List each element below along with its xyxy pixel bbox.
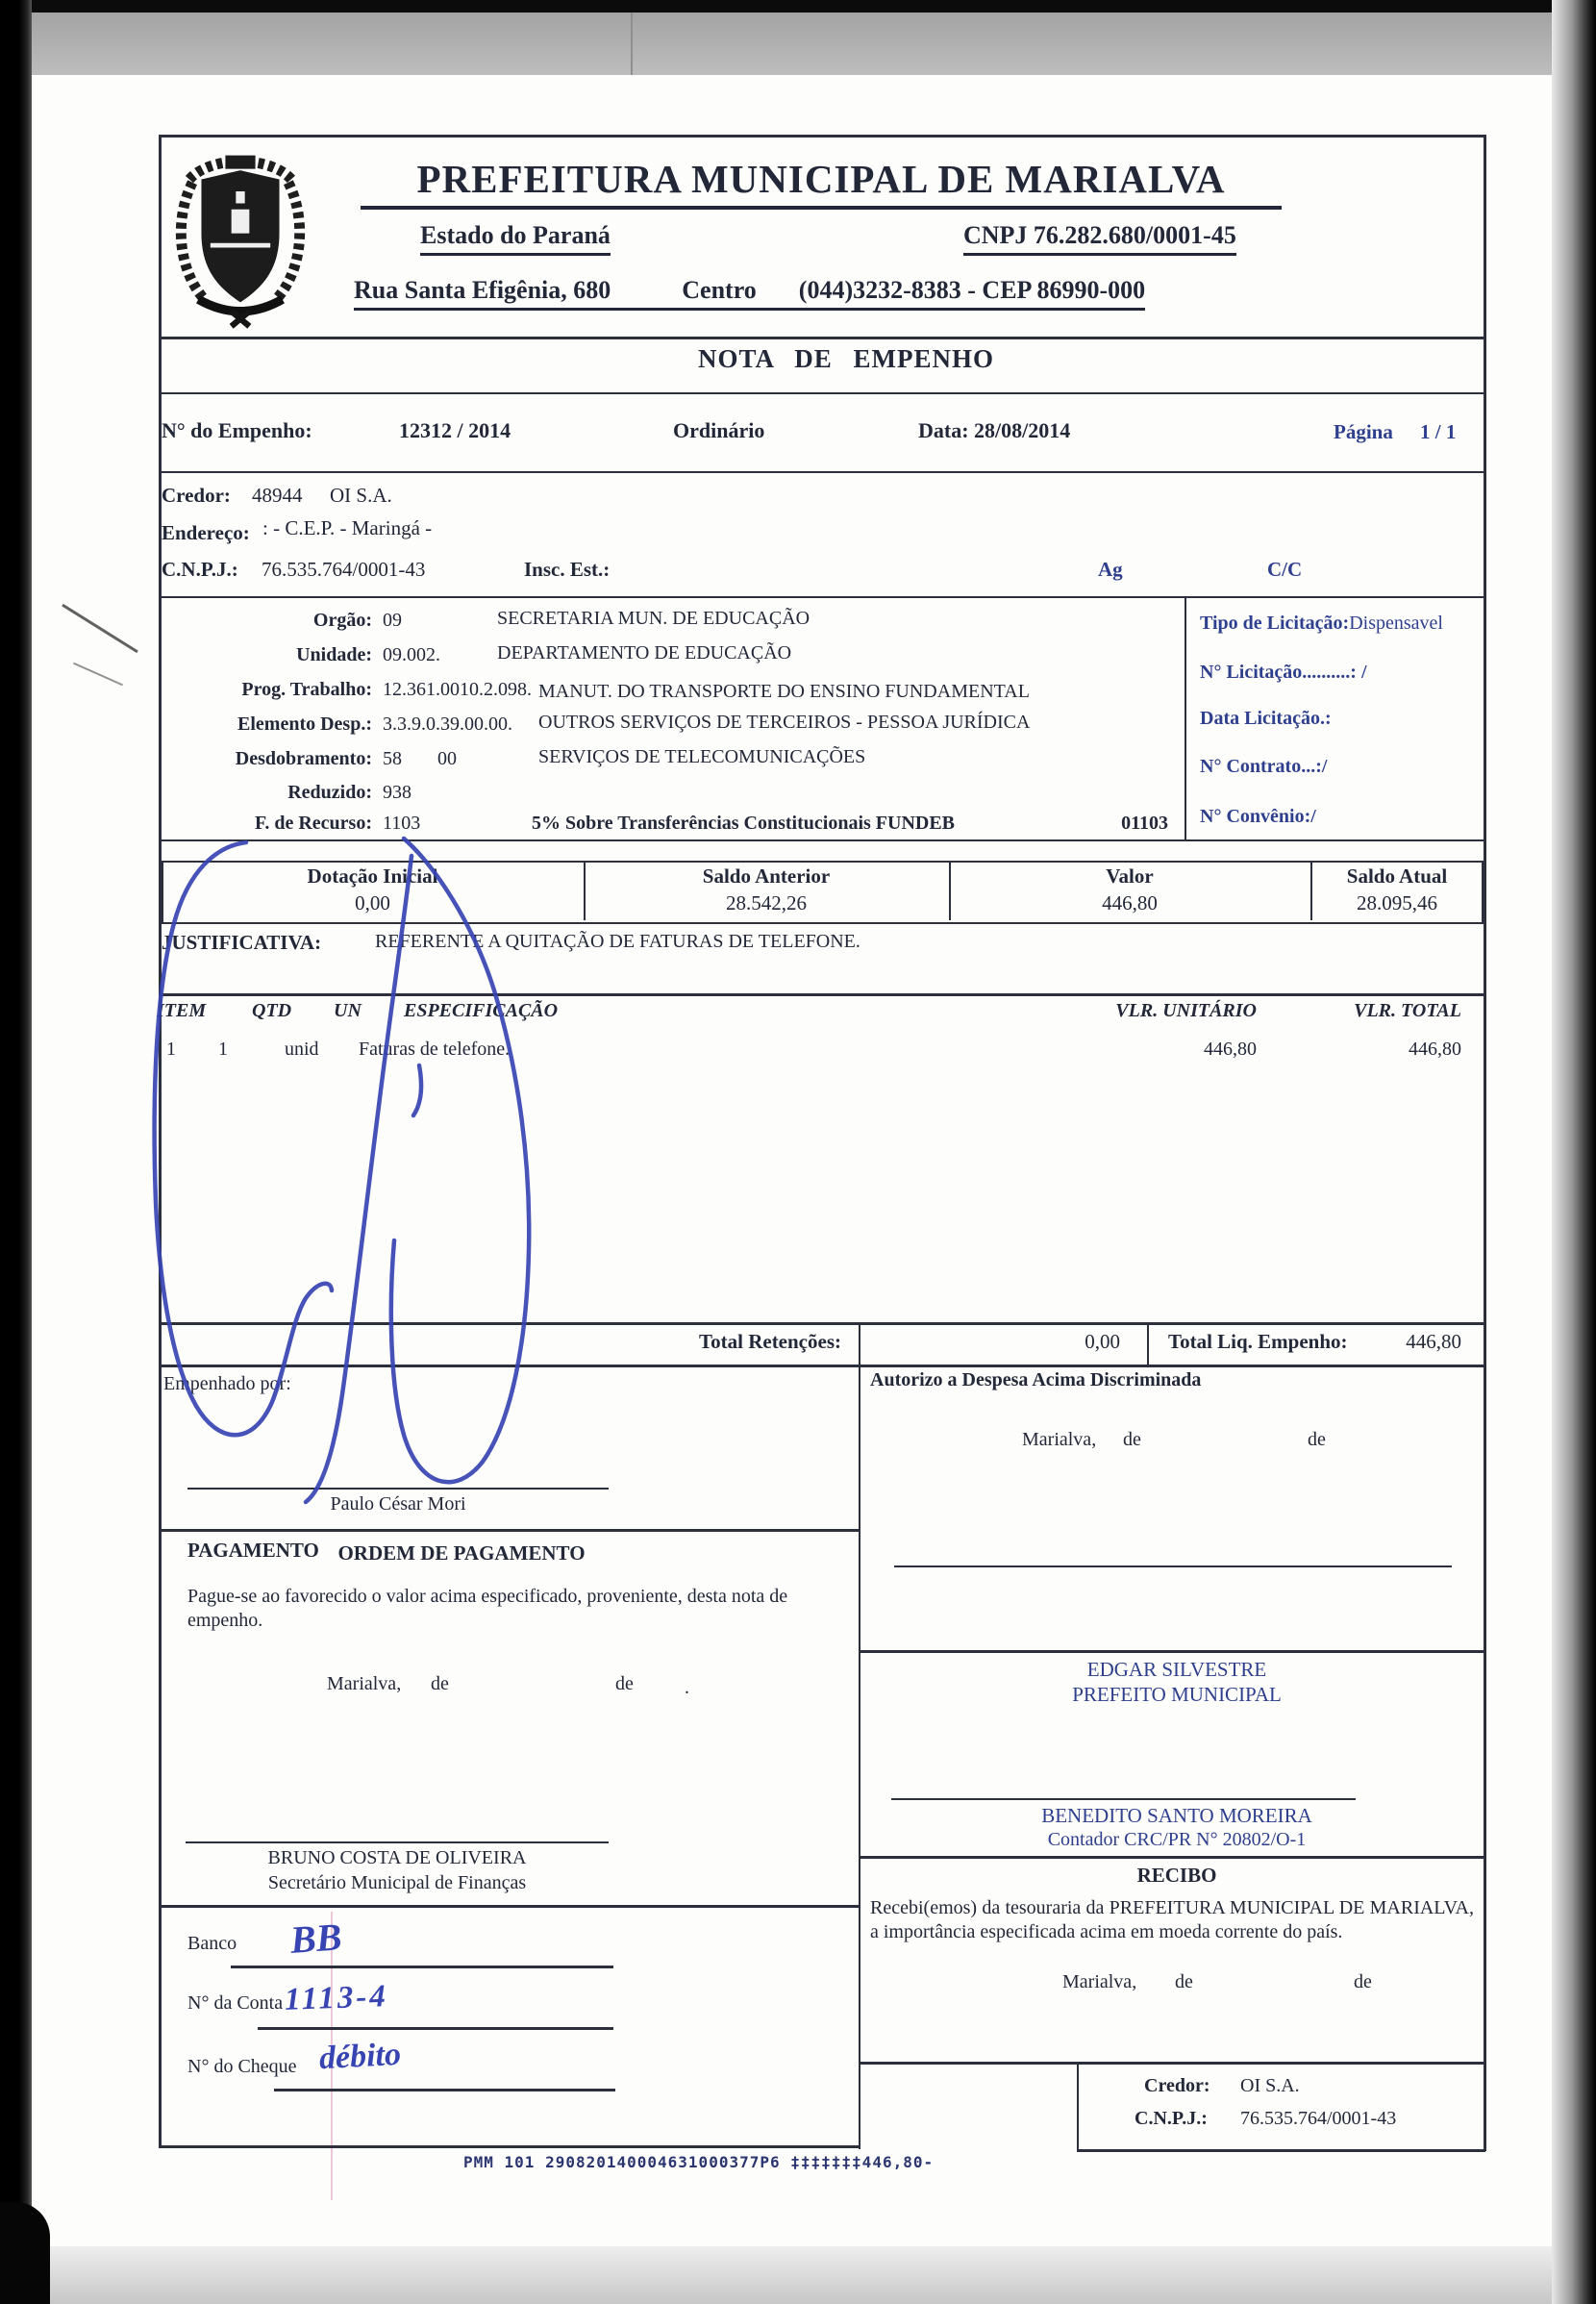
footer-cnpj-value: 76.535.764/0001-43 [1240,2108,1396,2130]
item-cell-total: 446,80 [1346,1039,1461,1061]
divider-totals-bottom [159,1365,1485,1367]
divider-header-bottom [159,337,1485,339]
items-header-total: VLR. TOTAL [1288,1000,1461,1022]
divider-columns [859,1365,860,2149]
scan-edge-top [0,0,1596,13]
pen-stroke-tail [413,1065,421,1115]
signer-name-secretary: BRUNO COSTA DE OLIVEIRA [186,1847,609,1869]
item-cell-spec: Faturas de telefone. [359,1039,510,1061]
budget-row-desc: DEPARTAMENTO DE EDUCAÇÃO [497,642,791,664]
licitacao-tipo: Tipo de Licitação:Dispensavel [1200,613,1443,635]
totals-divider-1 [859,1322,860,1365]
creditor-label: Credor: [162,484,231,507]
bank-label: Banco [187,1933,237,1955]
budget-row-code: 938 [383,782,411,804]
pagamento-period: . [685,1677,689,1699]
items-header-item: ITEM [157,1000,206,1022]
pagamento-text: Pague-se ao favorecido o valor acima esp… [187,1585,827,1633]
creditor-cc-label: C/C [1267,558,1302,581]
cheque-handwritten-value: débito [318,2037,402,2077]
recibo-title: RECIBO [870,1864,1484,1887]
balance-col-label: Saldo Atual [1310,864,1484,888]
budget-row-code: 1103 [383,813,420,835]
account-label: N° da Conta [187,1992,283,2015]
balance-col-value: 28.095,46 [1310,891,1484,914]
budget-row-code: 12.361.0010.2.098. [383,679,532,701]
empenho-number-label: N° do Empenho: [162,418,312,442]
autorizo-de-1: de [1123,1429,1141,1451]
totals-divider-2 [1147,1322,1149,1365]
page-value: 1 / 1 [1420,420,1456,443]
mayor-title: PREFEITO MUNICIPAL [870,1683,1484,1706]
signature-line-mayor [894,1565,1452,1567]
mayor-name: EDGAR SILVESTRE [870,1658,1484,1681]
budget-row-label: F. de Recurso: [159,813,372,835]
divider-recibo-top [859,1856,1485,1859]
justification-label: JUSTIFICATIVA: [162,931,321,954]
creditor-cnpj-value: 76.535.764/0001-43 [262,558,425,581]
creditor-cnpj-label: C.N.P.J.: [162,558,238,581]
scan-gray-band-top [0,13,1596,75]
item-cell-un: unid [285,1039,319,1061]
balance-col-label: Saldo Anterior [584,864,949,888]
form-border-top [159,135,1485,138]
scanned-document-page: PREFEITURA MUNICIPAL DE MARIALVA Estado … [0,0,1596,2304]
empenho-modality: Ordinário [673,418,764,442]
items-header-unit: VLR. UNITÁRIO [1064,1000,1257,1022]
divider-left-bottom [159,2145,859,2148]
divider-bank-box-top [159,1905,859,1908]
footer-creditor-value: OI S.A. [1240,2075,1300,2097]
org-address-line: Rua Santa Efigênia, 680Centro(044)3232-8… [354,276,1145,311]
budget-row-code2: 00 [437,748,457,770]
totals-liquido-label: Total Liq. Empenho: [1168,1330,1348,1353]
totals-retencoes-value: 0,00 [995,1330,1120,1353]
budget-row-desc: 5% Sobre Transferências Constitucionais … [532,813,955,835]
cheque-underline [274,2089,615,2091]
budget-row-code: 3.3.9.0.39.00.00. [383,714,512,736]
org-address-district: Centro [682,276,757,304]
pagamento-city: Marialva, [327,1673,401,1695]
recibo-text: Recebi(emos) da tesouraria da PREFEITURA… [870,1896,1474,1944]
divider-recibo-bottom [859,2062,1485,2065]
divider-justification-bottom [159,993,1485,996]
signer-name-empenhado: Paulo César Mori [187,1493,609,1515]
autorizo-city: Marialva, [1022,1429,1096,1451]
doc-title: NOTA DE EMPENHO [288,344,1404,374]
account-handwritten-value: 1113-4 [284,1979,388,2018]
accountant-name: BENEDITO SANTO MOREIRA [870,1804,1484,1827]
org-address-phone: (044)3232-8383 - CEP 86990-000 [799,276,1145,304]
creditor-insc-label: Insc. Est.: [524,558,610,581]
balance-col-value: 28.542,26 [584,891,949,914]
creditor-ag-label: Ag [1098,558,1123,581]
signature-line-secretary [186,1841,609,1843]
footer-creditor-label: Credor: [1144,2075,1210,2097]
pagamento-de-2: de [615,1673,634,1695]
budget-row-label: Desdobramento: [159,748,372,770]
coat-of-arms-logo [165,140,315,331]
pagamento-de-1: de [431,1673,449,1695]
creditor-code: 48944 [252,484,303,507]
org-title: PREFEITURA MUNICIPAL DE MARIALVA [361,157,1282,210]
accountant-title: Contador CRC/PR N° 20802/O-1 [870,1829,1484,1851]
divider-totals-top [159,1322,1485,1325]
divider-mayor-top [859,1650,1485,1653]
divider-empenho-row-bottom [159,471,1485,473]
cheque-label: N° do Cheque [187,2056,297,2078]
divider-creditor-bottom [159,596,1485,598]
balance-col-value: 0,00 [162,891,584,914]
org-address-street: Rua Santa Efigênia, 680 [354,276,611,304]
recibo-de-1: de [1175,1971,1193,1993]
items-header-qtd: QTD [252,1000,291,1022]
licitacao-tipo-value: Dispensavel [1349,613,1443,634]
org-title-text: PREFEITURA MUNICIPAL DE MARIALVA [416,157,1225,201]
justification-text: REFERENTE A QUITAÇÃO DE FATURAS DE TELEF… [375,931,860,953]
bank-underline [231,1966,613,1968]
signer-title-secretary: Secretário Municipal de Finanças [186,1872,609,1894]
creditor-box-bottom-border [1077,2149,1485,2152]
licitacao-numero: N° Licitação..........: / [1200,662,1367,684]
totals-liquido-value: 446,80 [1344,1330,1461,1353]
budget-row-label: Orgão: [159,610,372,632]
scan-edge-right [1552,0,1596,2304]
account-underline [258,2027,613,2030]
recibo-de-2: de [1354,1971,1372,1993]
licitacao-data: Data Licitação.: [1200,708,1332,730]
licitacao-contrato: N° Contrato...:/ [1200,756,1327,778]
dot-matrix-print-line: PMM 101 290820140004631000377P6 ‡‡‡‡‡‡‡4… [463,2154,934,2171]
totals-retencoes-label: Total Retenções: [601,1330,841,1353]
divider-budget-licitacao [1185,596,1186,839]
autorizo-de-2: de [1308,1429,1326,1451]
bank-handwritten-value: BB [288,1914,343,1963]
creditor-address-label: Endereço: [162,521,250,544]
item-cell-item: 1 [152,1039,190,1061]
budget-row-label: Elemento Desp.: [159,714,372,736]
budget-row-desc: SERVIÇOS DE TELECOMUNICAÇÕES [538,746,865,768]
scan-edge-left [0,0,32,2304]
autorizo-title: Autorizo a Despesa Acima Discriminada [870,1369,1201,1391]
footer-cnpj-label: C.N.P.J.: [1135,2108,1208,2130]
budget-row-label: Prog. Trabalho: [159,679,372,701]
item-cell-qtd: 1 [204,1039,242,1061]
recibo-city: Marialva, [1062,1971,1136,1993]
form-border-right [1484,135,1486,2151]
budget-row-code: 09 [383,610,402,632]
budget-row-label: Unidade: [159,644,372,666]
ordem-pagamento-title: ORDEM DE PAGAMENTO [288,1541,635,1565]
creditor-name: OI S.A. [330,484,392,507]
org-cnpj: CNPJ 76.282.680/0001-45 [963,221,1236,256]
creditor-address-value: : - C.E.P. - Maringá - [262,516,432,539]
items-header-spec: ESPECIFICAÇÃO [404,1000,558,1022]
scan-crease-top [631,13,633,75]
scan-scratch-mark [62,604,138,653]
budget-row-right-code: 01103 [1058,813,1168,835]
budget-row-code: 09.002. [383,644,440,666]
balance-col-label: Dotação Inicial [162,864,584,888]
empenho-date: Data: 28/08/2014 [918,418,1070,442]
scan-corner-blob [0,2202,50,2304]
budget-row-desc: SECRETARIA MUN. DE EDUCAÇÃO [497,608,810,630]
budget-row-code: 58 [383,748,402,770]
budget-row-desc: MANUT. DO TRANSPORTE DO ENSINO FUNDAMENT… [538,681,1030,703]
divider-doc-title-bottom [159,392,1485,394]
licitacao-tipo-label: Tipo de Licitação: [1200,613,1349,634]
signature-line-accountant [891,1798,1356,1800]
org-state: Estado do Paraná [420,221,611,256]
empenhado-por-label: Empenhado por: [163,1373,291,1395]
balance-col-label: Valor [949,864,1310,888]
page-label: Página [1334,420,1393,443]
balance-col-value: 446,80 [949,891,1310,914]
budget-row-desc: OUTROS SERVIÇOS DE TERCEIROS - PESSOA JU… [538,712,1030,734]
divider-pagamento-top [159,1529,859,1532]
signature-line-empenhado [187,1488,609,1490]
creditor-box-left-border [1077,2062,1079,2149]
licitacao-convenio: N° Convênio:/ [1200,806,1316,828]
scan-gray-band-bottom [32,2246,1552,2304]
items-header-un: UN [334,1000,362,1022]
budget-row-label: Reduzido: [159,782,372,804]
empenho-number-value: 12312 / 2014 [399,418,511,442]
scan-scratch-mark-2 [73,663,123,687]
item-cell-unit: 446,80 [1141,1039,1257,1061]
divider-budget-bottom [159,839,1485,841]
